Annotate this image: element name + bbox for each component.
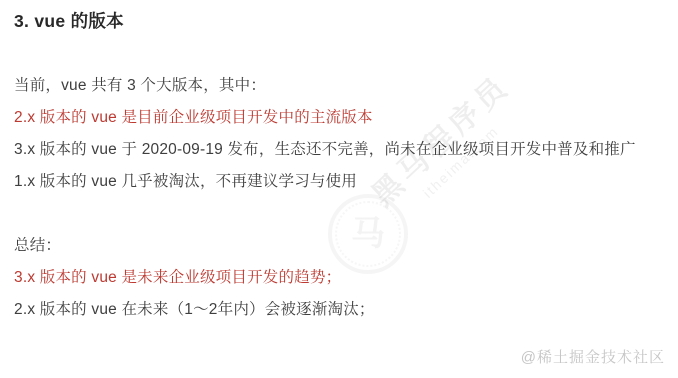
summary-label: 总结： xyxy=(14,236,61,256)
intro-line: 当前，vue 共有 3 个大版本，其中： xyxy=(14,76,266,96)
attribution-text: @稀土掘金技术社区 xyxy=(521,346,665,367)
document-page: 黑马程序员 itheima.com 马 3. vue 的版本 当前，vue 共有… xyxy=(0,0,678,378)
section-heading: 3. vue 的版本 xyxy=(14,8,124,33)
summary-line-2x: 2.x 版本的 vue 在未来（1～2年内）会被逐渐淘汰； xyxy=(14,300,375,320)
version-line-3x: 3.x 版本的 vue 于 2020-09-19 发布，生态还不完善，尚未在企业… xyxy=(14,140,636,160)
version-line-1x: 1.x 版本的 vue 几乎被淘汰，不再建议学习与使用 xyxy=(14,172,357,192)
document-text-layer: 3. vue 的版本 当前，vue 共有 3 个大版本，其中： 2.x 版本的 … xyxy=(0,0,678,378)
summary-line-3x: 3.x 版本的 vue 是未来企业级项目开发的趋势； xyxy=(14,268,341,288)
version-line-2x: 2.x 版本的 vue 是目前企业级项目开发中的主流版本 xyxy=(14,108,373,128)
